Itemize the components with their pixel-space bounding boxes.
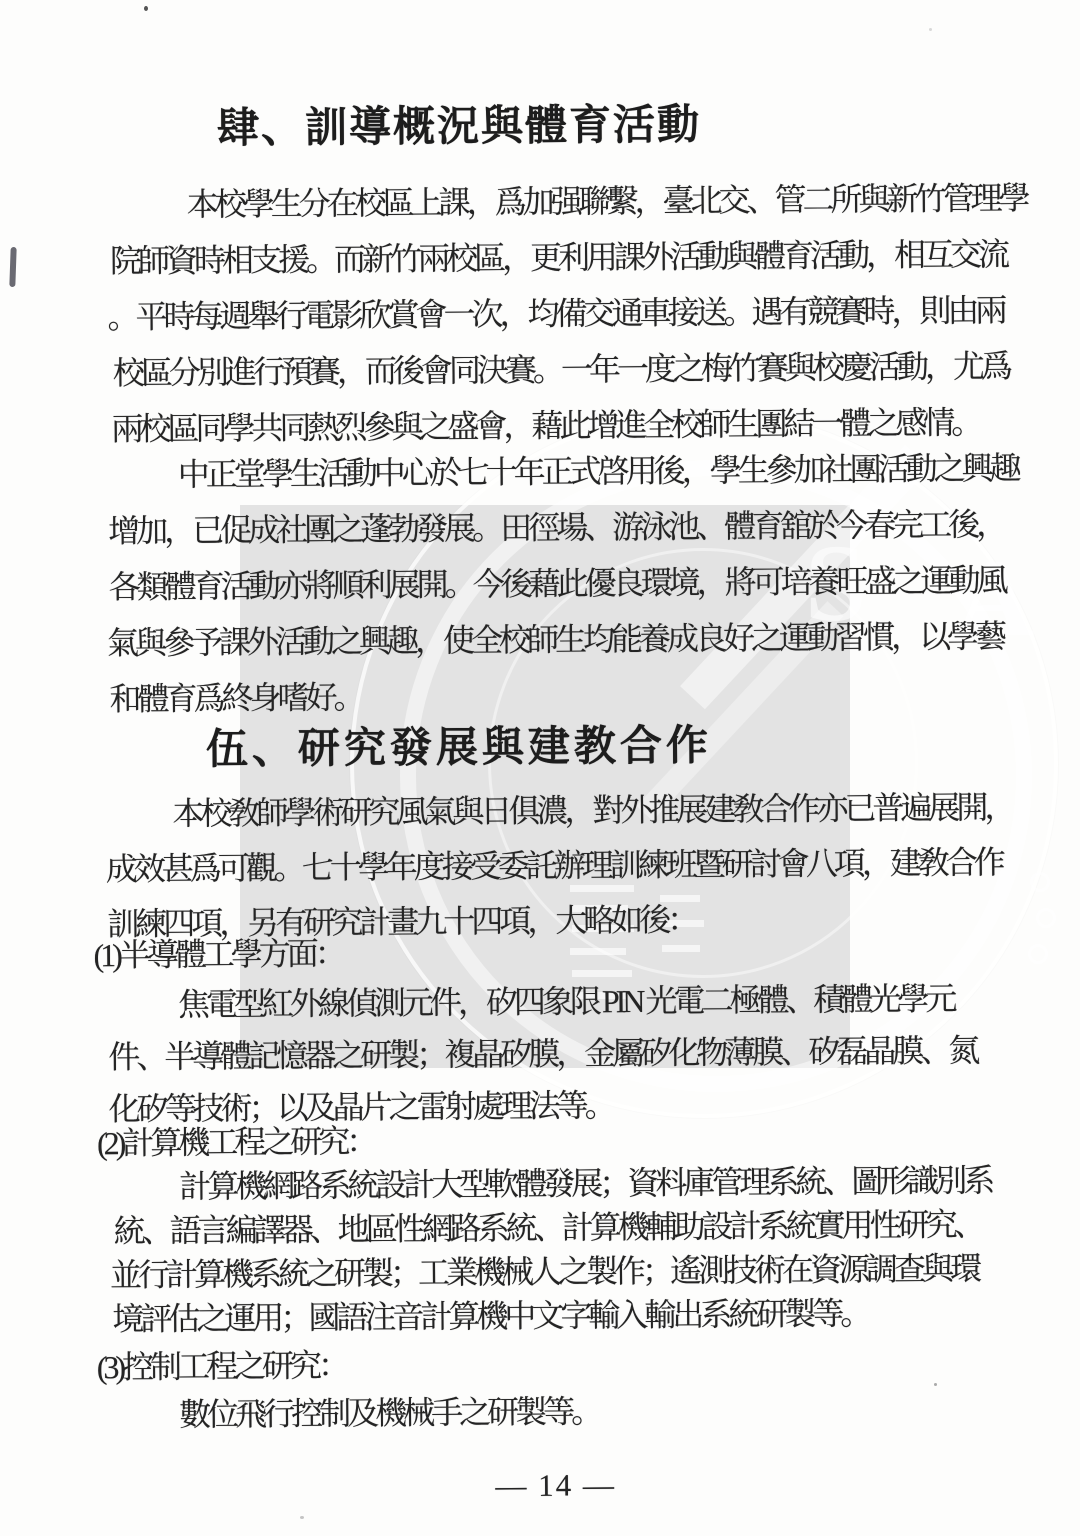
paragraph-line: 本校學生分在校區上課，爲加强聯繫，臺北交、管二所與新竹管理學 [186,182,1026,221]
ink-speck [300,1516,304,1519]
list-item-label: (3)控制工程之研究： [97,1349,347,1383]
paragraph-line: 院師資時相支援。而新竹兩校區，更利用課外活動與體育活動，相互交流 [110,238,1006,277]
list-item-label: (2)計算機工程之研究： [97,1125,375,1159]
paragraph-line: 成效甚爲可觀。七十學年度接受委託辦理訓練班暨研討會八項，建敎合作 [106,846,1002,885]
ink-speck [826,252,829,255]
paragraph-line: 校區分別進行預賽，而後會同決賽。一年一度之梅竹賽與校慶活動，尤爲 [113,350,1009,389]
list-item-line: 焦電型紅外線偵測元件，矽四象限 PIN 光電二極體、積體光學元 [178,983,954,1021]
ink-speck [929,28,932,31]
paragraph-line: 兩校區同學共同熱烈參與之盛會，藉此增進全校師生團結一體之感情。 [111,406,979,445]
scanned-document-page: S A 肆、訓導概況與體育活動 本校學生分在校區上課，爲加强聯繫，臺北交、管二所… [0,0,1080,1536]
paragraph-line: 各類體育活動亦將順利展開。今後藉此優良環境，將可培養旺盛之運動風 [108,564,1004,603]
paragraph-line: 增加，已促成社團之蓬勃發展。田徑場、游泳池、體育舘於今春完工後， [108,508,1004,547]
list-item-line: 件、半導體記憶器之研製；複晶矽膜，金屬矽化物薄膜、矽磊晶膜、氮 [108,1034,976,1073]
paragraph-line: 。平時每週舉行電影欣賞會一次，均備交通車接送。遇有競賽時，則由兩 [107,294,1003,333]
paragraph-line: 中正堂學生活動中心於七十年正式啓用後，學生參加社團活動之興趣 [178,452,1018,491]
list-item-line: 數位飛行控制及機械手之研製等。 [179,1395,599,1430]
list-item-label: (1)半導體工學方面： [93,937,343,971]
ink-speck [144,6,148,11]
paragraph-line: 和體育爲終身嗜好。 [109,681,361,715]
section-4-heading: 肆、訓導概況與體育活動 [217,104,701,150]
text-layer: 肆、訓導概況與體育活動 本校學生分在校區上課，爲加强聯繫，臺北交、管二所與新竹管… [0,0,1080,1536]
list-item-line: 化矽等技術；以及晶片之雷射處理法等。 [109,1089,613,1125]
list-item-line: 計算機網路系統設計大型軟體發展；資料庫管理系統、圖形識別系 [179,1164,991,1202]
list-item-line: 並行計算機系統之研製；工業機械人之製作；遙測技術在資源調查與環 [110,1252,978,1291]
ink-speck [934,1383,937,1386]
section-5-heading: 伍、研究發展與建教合作 [206,725,712,771]
paragraph-line: 本校敎師學術研究風氣與日俱濃，對外推展建敎合作亦已普遍展開， [172,791,1012,830]
paragraph-line: 氣與參予課外活動之興趣，使全校師生均能養成良好之運動習慣，以學藝 [107,620,1003,659]
paragraph-line: 訓練四項，另有研究計畫九十四項，大略如後： [107,904,695,941]
page-number: — 14 — [456,1469,656,1502]
list-item-line: 境評估之運用；國語注音計算機中文字輸入輸出系統研製等。 [112,1297,868,1335]
list-item-line: 統、語言編譯器、地區性網路系統、計算機輔助設計系統實用性研究、 [114,1208,982,1247]
